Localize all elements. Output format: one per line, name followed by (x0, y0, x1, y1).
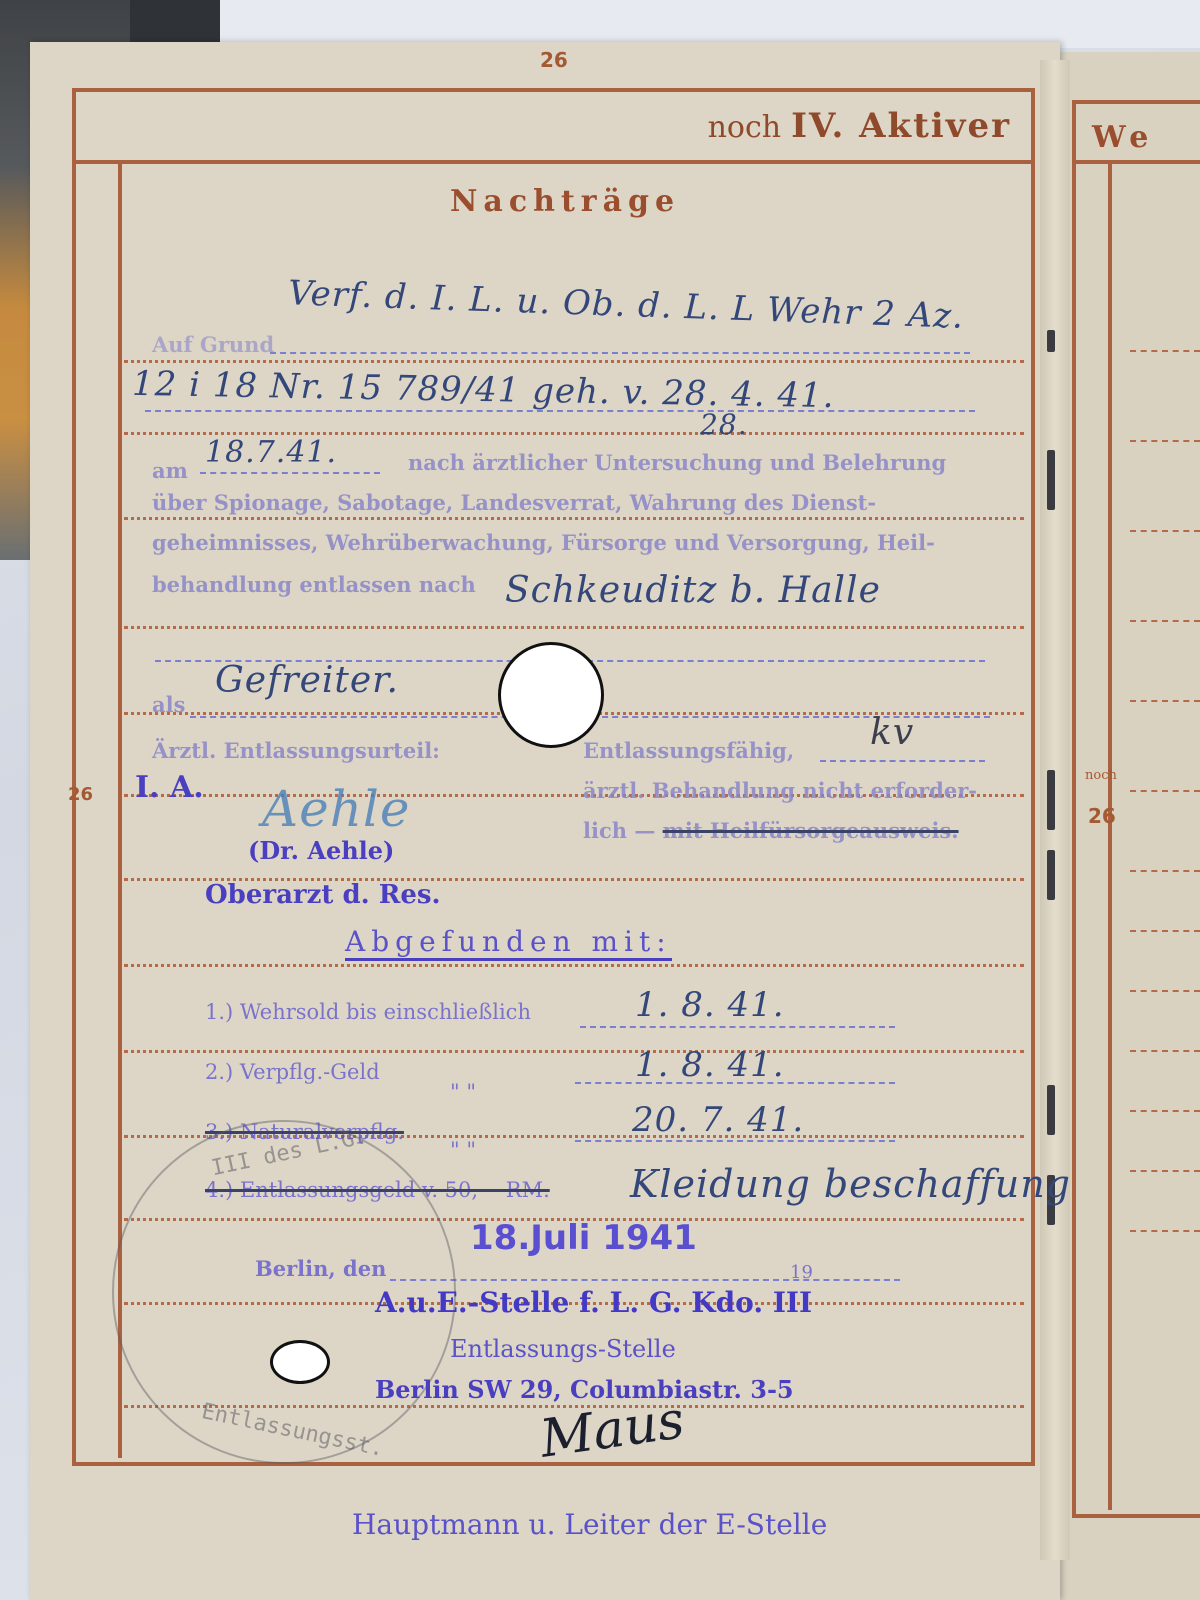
handwritten-correction: 28. (700, 408, 748, 441)
doctor-signature: Aehle (262, 780, 410, 838)
facing-page-rule (1130, 1170, 1200, 1172)
place-year-suffix: 19 (790, 1262, 813, 1283)
facing-page-margin-rule (1108, 164, 1112, 1510)
abgefunden-heading: Abgefunden mit: (345, 925, 672, 961)
abgefunden-label-1: 1.) Wehrsold bis einschließlich (205, 1000, 531, 1024)
printed-urteil-option-3-struck: mit Heilfürsorgeausweis. (663, 818, 959, 843)
date-stamp: 18.Juli 1941 (470, 1218, 697, 1258)
page-number: 26 (540, 48, 568, 72)
facing-page-header: We (1092, 120, 1154, 155)
stamp-fill-line (575, 1140, 895, 1142)
facing-page-rule (1130, 930, 1200, 932)
redaction-circle (498, 642, 604, 748)
staple-icon (1047, 1085, 1055, 1135)
office-stamp-line-1: A.u.E.-Stelle f. L. G. Kdo. III (375, 1286, 812, 1319)
ruled-line (124, 517, 1024, 520)
redaction-circle (270, 1340, 330, 1384)
section-heading: nochIV. Aktiver (708, 106, 1011, 146)
staple-icon (1047, 330, 1055, 352)
abgefunden-ditto-3: " " (450, 1138, 476, 1162)
doctor-name: (Dr. Aehle) (248, 836, 394, 865)
handwritten-urteil-value: kv (870, 712, 914, 753)
printed-als: als (152, 692, 185, 717)
abgefunden-value-1: 1. 8. 41. (635, 985, 785, 1025)
printed-urteil-option-2: ärztl. Behandlung nicht erforder- (583, 778, 977, 803)
printed-urteil-label: Ärztl. Entlassungsurteil: (152, 738, 440, 763)
facing-page-header-rule (1076, 160, 1200, 164)
page-header: nochIV. Aktiver (76, 92, 1031, 164)
abgefunden-ditto-2: " " (450, 1080, 476, 1104)
abgefunden-value-3: 20. 7. 41. (632, 1100, 804, 1140)
abgefunden-value-4: Kleidung beschaffung (630, 1162, 1071, 1206)
doctor-stamp-prefix: I. A. (135, 770, 204, 805)
printed-paragraph-line-2: über Spionage, Sabotage, Landesverrat, W… (152, 490, 876, 515)
handwritten-destination: Schkeuditz b. Halle (505, 570, 881, 611)
staple-icon (1047, 850, 1055, 900)
place-label: Berlin, den (255, 1256, 386, 1281)
printed-urteil-option-3: lich — mit Heilfürsorgeausweis. (583, 818, 959, 843)
facing-page-rule (1130, 990, 1200, 992)
stamp-fill-line (390, 1279, 900, 1281)
book-spine (1040, 60, 1070, 1560)
margin-page-number: 26 (68, 784, 93, 805)
stamp-fill-line (200, 472, 380, 474)
heading-title: IV. Aktiver (791, 106, 1011, 146)
ruled-line (124, 964, 1024, 967)
section-title: Nachträge (450, 184, 680, 219)
printed-urteil-option-1: Entlassungsfähig, (583, 738, 794, 763)
facing-page-rule (1130, 700, 1200, 702)
heading-prefix: noch (708, 110, 782, 145)
facing-page-rule (1130, 620, 1200, 622)
printed-urteil-option-3-text: lich — (583, 818, 655, 843)
commander-title: Hauptmann u. Leiter der E-Stelle (352, 1508, 827, 1541)
staple-icon (1047, 770, 1055, 830)
facing-page-rule (1130, 350, 1200, 352)
staple-icon (1047, 450, 1055, 510)
doctor-title: Oberarzt d. Res. (205, 880, 441, 910)
ruled-line (124, 360, 1024, 363)
ruled-line (124, 1050, 1024, 1053)
facing-page-rule (1130, 530, 1200, 532)
facing-page-rule (1130, 790, 1200, 792)
handwritten-rank: Gefreiter. (215, 660, 399, 701)
printed-auf-grund: Auf Grund (152, 332, 274, 357)
facing-page-rule (1130, 1050, 1200, 1052)
abgefunden-value-2: 1. 8. 41. (635, 1045, 785, 1085)
facing-page-margin-prefix: noch (1085, 768, 1117, 783)
printed-paragraph-line-1: nach ärztlicher Untersuchung und Belehru… (408, 450, 946, 475)
facing-page-margin-number: 26 (1088, 804, 1116, 828)
printed-paragraph-line-3: geheimnisses, Wehrüberwachung, Fürsorge … (152, 530, 935, 555)
ruled-line (124, 626, 1024, 629)
facing-page-rule (1130, 440, 1200, 442)
handwritten-date-am: 18.7.41. (205, 435, 337, 470)
abgefunden-label-2: 2.) Verpflg.-Geld (205, 1060, 380, 1084)
office-stamp-line-2: Entlassungs-Stelle (450, 1335, 676, 1363)
facing-page-rule (1130, 870, 1200, 872)
stamp-fill-line (580, 1026, 895, 1028)
office-stamp-line-3: Berlin SW 29, Columbiastr. 3-5 (375, 1375, 794, 1404)
stamp-fill-line (270, 352, 970, 354)
printed-paragraph-line-4: behandlung entlassen nach (152, 572, 476, 597)
stamp-fill-line (820, 760, 985, 762)
printed-am: am (152, 458, 188, 483)
facing-page-rule (1130, 1110, 1200, 1112)
facing-page-rule (1130, 1230, 1200, 1232)
background-wall (220, 0, 1200, 48)
